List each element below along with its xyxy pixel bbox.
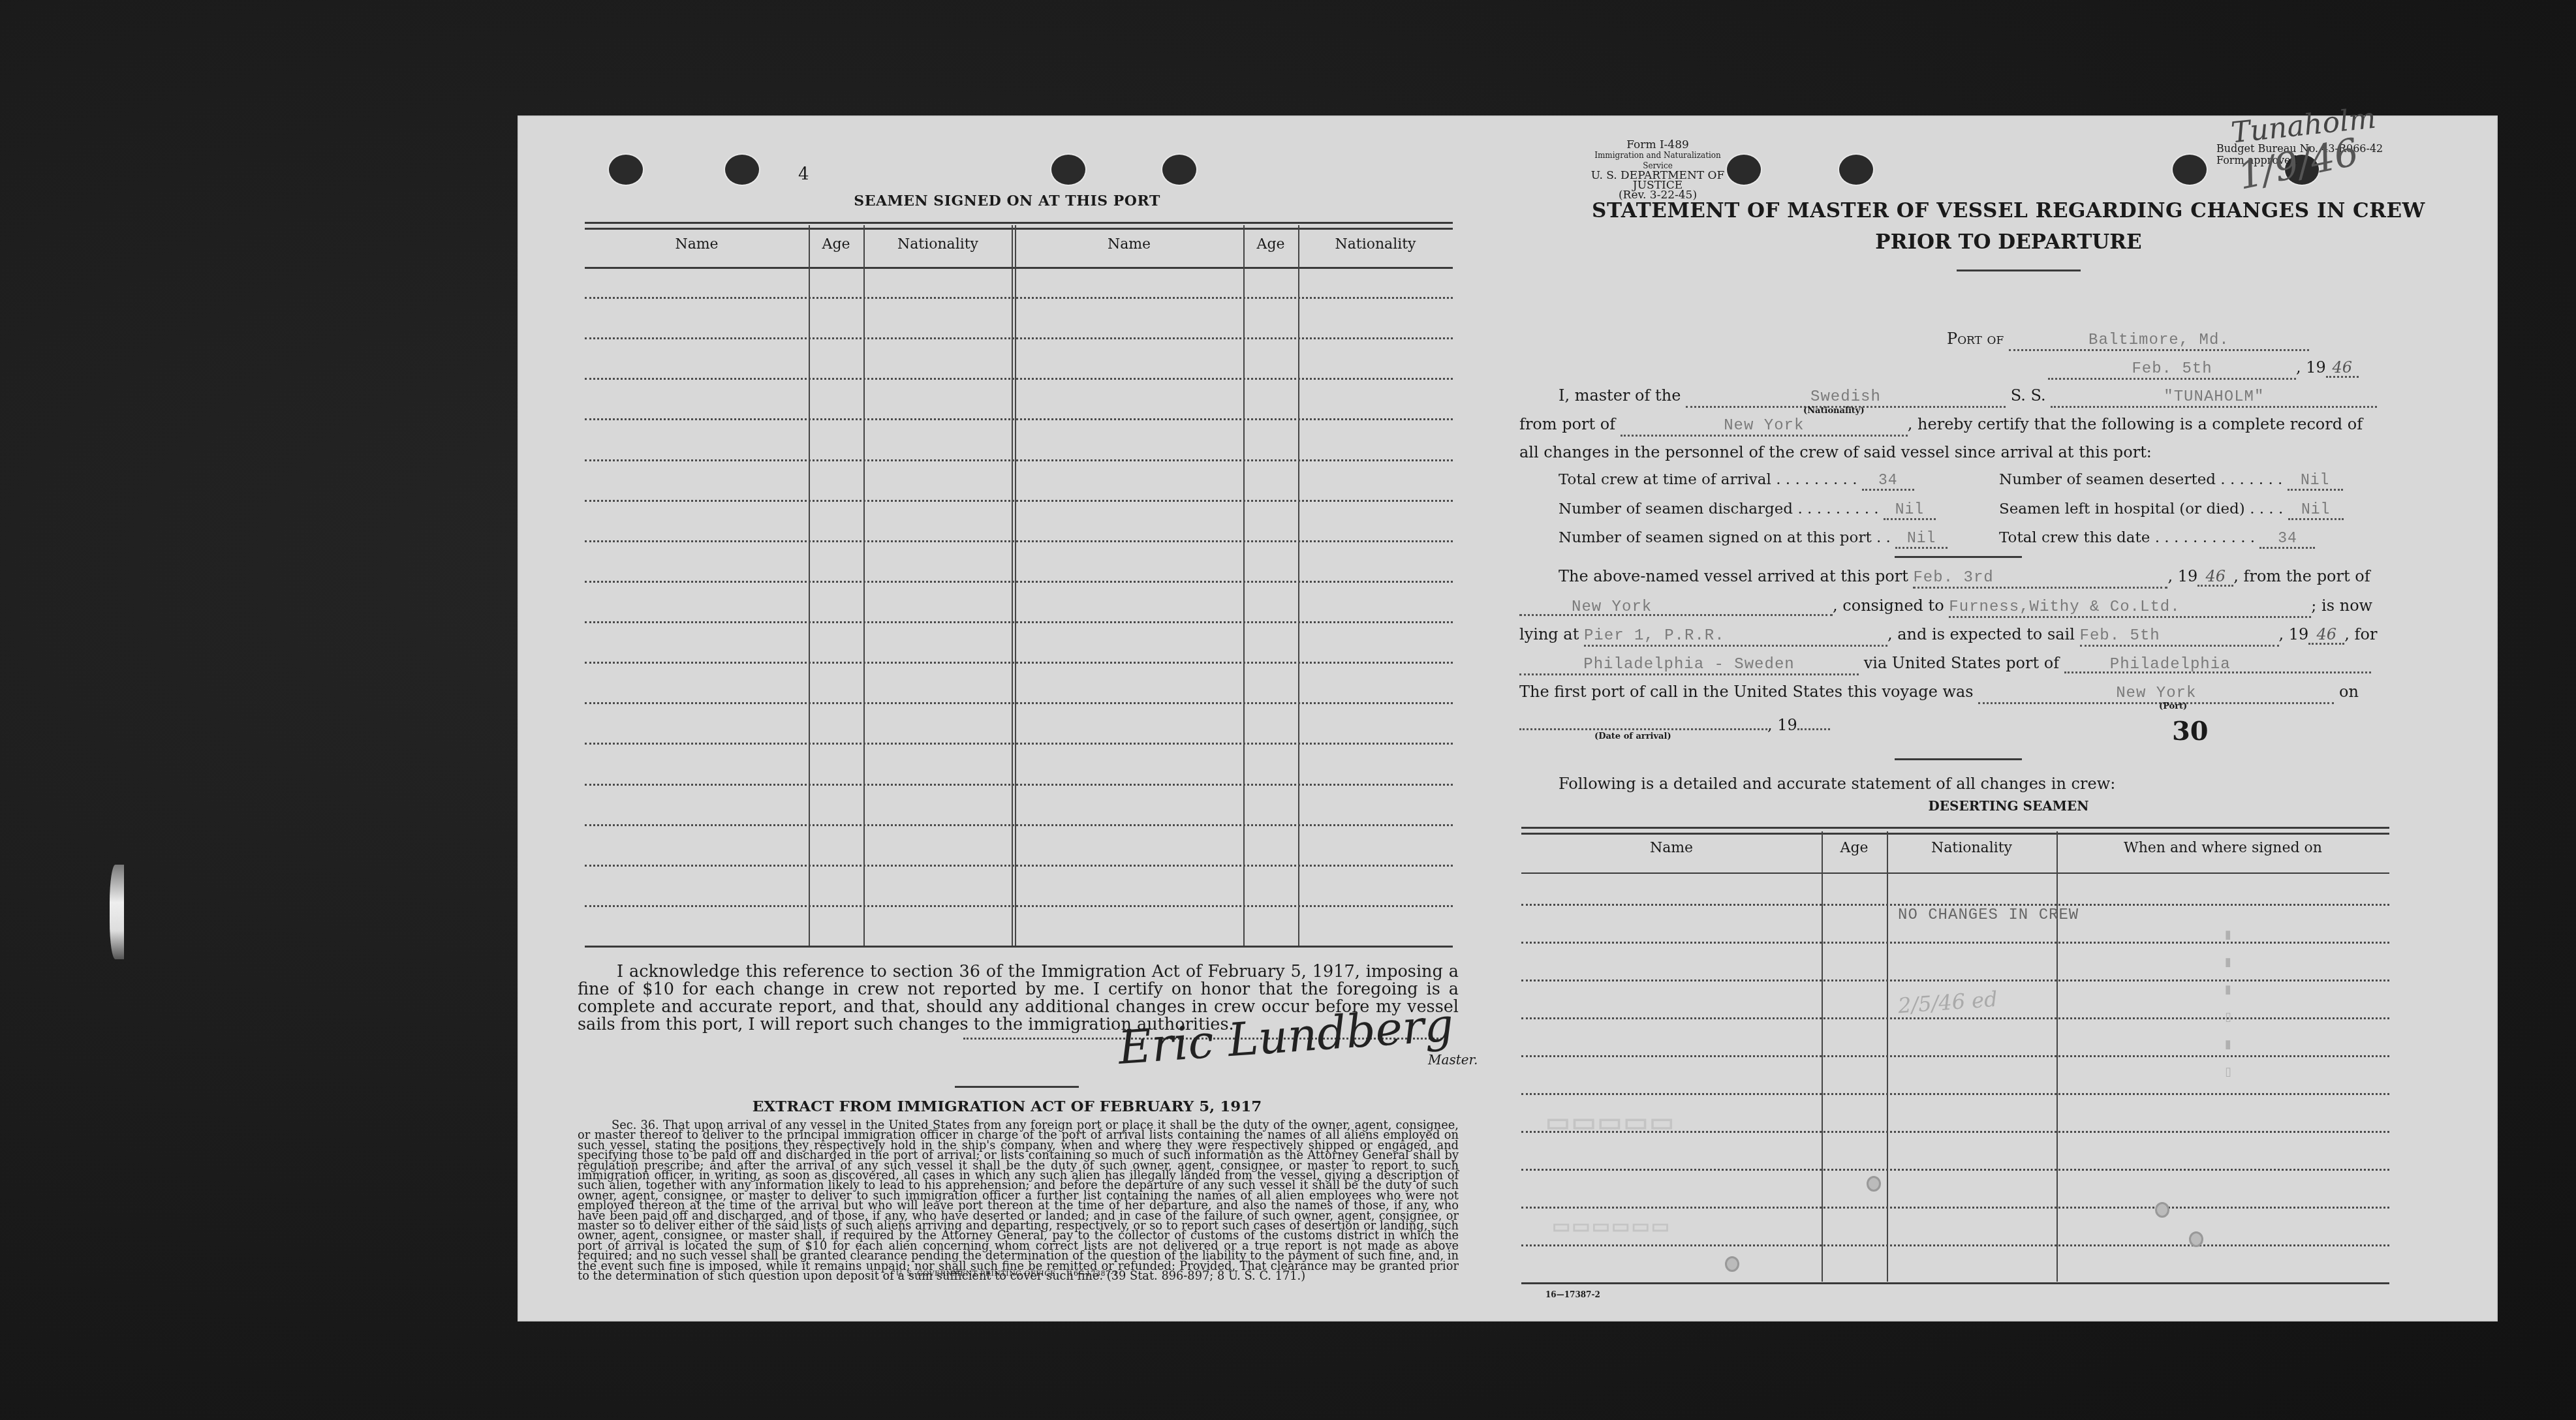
form-subtitle: PRIOR TO DEPARTURE xyxy=(1519,230,2498,254)
extract-text: Sec. 36. That upon arrival of any vessel… xyxy=(578,1120,1459,1282)
first-port-label: The first port of call in the United Sta… xyxy=(1519,683,1974,701)
document-sheet: 4 SEAMEN SIGNED ON AT THIS PORT Name Age… xyxy=(518,116,2498,1321)
from-port-label: from port of xyxy=(1519,415,1615,433)
certification-line-3: all changes in the personnel of the crew… xyxy=(1519,443,2152,461)
separator-rule xyxy=(1895,758,2022,760)
cert-prefix: I, master of the xyxy=(1559,386,1681,405)
column-header-name: Name xyxy=(1521,840,1822,856)
ss-label: S. S. xyxy=(2011,386,2046,405)
table-row xyxy=(1521,1055,2389,1057)
table-row xyxy=(1521,1244,2389,1246)
via-label: via United States port of xyxy=(1864,654,2059,672)
staple-mark xyxy=(1725,1256,1739,1272)
arrival-date-line: , 19 xyxy=(1519,711,1830,734)
printer-code: 16—17387-1 xyxy=(1069,1269,1119,1278)
year-prefix: , 19 xyxy=(1767,716,1797,734)
column-header-age: Age xyxy=(1243,236,1298,253)
sail-label: , and is expected to sail xyxy=(1887,625,2075,643)
date-caption: (Date of arrival) xyxy=(1594,732,1671,741)
date-field: Feb. 5th, 1946 xyxy=(2048,358,2359,380)
punch-hole xyxy=(1051,155,1085,185)
destination-line: Philadelphia - Sweden via United States … xyxy=(1519,654,2371,675)
table-row xyxy=(585,743,1453,745)
column-header-name: Name xyxy=(1015,236,1243,253)
scan-artifact xyxy=(110,865,124,959)
extract-title: EXTRACT FROM IMMIGRATION ACT OF FEBRUARY… xyxy=(518,1098,1497,1115)
stat-label: Number of seamen signed on at this port … xyxy=(1559,529,1891,546)
form-number: Form I-489 xyxy=(1579,140,1736,150)
stat-discharged: Number of seamen discharged . . . . . . … xyxy=(1559,501,1936,520)
from-port-label: , from the port of xyxy=(2233,567,2370,585)
column-divider xyxy=(1298,225,1299,946)
column-header-nationality: Nationality xyxy=(1298,236,1453,253)
table-row xyxy=(1521,1093,2389,1095)
arrived-date: Feb. 3rd xyxy=(1913,570,2167,589)
separator-rule xyxy=(1957,270,2081,271)
column-header-signed-on: When and where signed on xyxy=(2056,840,2389,856)
header-rule xyxy=(585,267,1453,269)
table-row xyxy=(1521,1017,2389,1019)
stat-value: Nil xyxy=(1895,530,1948,549)
staple-mark xyxy=(2155,1202,2169,1218)
signature-label: Master. xyxy=(1428,1052,1478,1068)
consignment-line: New York, consigned to Furness,Withy & C… xyxy=(1519,596,2372,618)
staple-mark xyxy=(2189,1231,2203,1247)
form-title: STATEMENT OF MASTER OF VESSEL REGARDING … xyxy=(1519,199,2498,223)
sail-year: 46 xyxy=(2308,626,2344,645)
column-divider xyxy=(809,225,810,946)
form-code: 16—17387-2 xyxy=(1545,1290,1600,1299)
punch-hole xyxy=(2173,155,2207,185)
table-row xyxy=(585,378,1453,380)
first-port-line: The first port of call in the United Sta… xyxy=(1519,683,2359,704)
consigned-label: , consigned to xyxy=(1833,596,1944,615)
column-divider xyxy=(1015,225,1016,946)
from-port-value: New York xyxy=(1621,418,1908,437)
header-rule xyxy=(1521,872,2389,874)
column-header-age: Age xyxy=(1822,840,1887,856)
form-identifier: Form I-489 Immigration and Naturalizatio… xyxy=(1579,140,1736,200)
table-row xyxy=(585,540,1453,542)
form-agency: Immigration and Naturalization Service xyxy=(1594,151,1721,170)
via-port: Philadelphia xyxy=(2064,656,2371,673)
table-row xyxy=(585,581,1453,583)
column-header-age: Age xyxy=(809,236,863,253)
lying-line: lying at Pier 1, P.R.R., and is expected… xyxy=(1519,625,2377,647)
port-value: Baltimore, Md. xyxy=(2009,332,2309,351)
section-title: SEAMEN SIGNED ON AT THIS PORT xyxy=(518,193,1497,209)
changes-intro: Following is a detailed and accurate sta… xyxy=(1559,775,2115,793)
first-arrival-date xyxy=(1519,711,1767,730)
stat-label: Seamen left in hospital (or died) . . . … xyxy=(1999,501,2283,517)
left-page: 4 SEAMEN SIGNED ON AT THIS PORT Name Age… xyxy=(518,116,1497,1321)
table-bottom-rule xyxy=(585,946,1453,948)
column-header-name: Name xyxy=(585,236,809,253)
vertical-receipt-stamp: ▮▮▮▯▮▯ xyxy=(2221,921,2235,1086)
stat-value: Nil xyxy=(2288,472,2343,491)
lying-at-label: lying at xyxy=(1519,625,1579,643)
table-row xyxy=(585,784,1453,786)
table-bottom-rule xyxy=(1521,1282,2389,1284)
arrived-label: The above-named vessel arrived at this p… xyxy=(1559,567,1908,585)
stat-hospital: Seamen left in hospital (or died) . . . … xyxy=(1999,501,2344,520)
first-arrival-year xyxy=(1797,711,1830,730)
table-row xyxy=(585,824,1453,826)
table-row xyxy=(585,337,1453,339)
stat-value: Nil xyxy=(2288,501,2344,520)
year-value: 46 xyxy=(2326,359,2359,378)
stat-value: Nil xyxy=(1884,501,1936,520)
table-row xyxy=(585,865,1453,867)
printer-imprint: U. S. GOVERNMENT PRINTING OFFICE 16—1738… xyxy=(518,1269,1497,1278)
stat-value: 34 xyxy=(1862,472,1914,491)
table-row xyxy=(1521,1207,2389,1209)
is-now-label: ; is now xyxy=(2311,596,2372,615)
year-prefix: , 19 xyxy=(2296,358,2326,377)
certification-line-1: I, master of the Swedish S. S. "TUNAHOLM… xyxy=(1559,386,2377,408)
table-row xyxy=(585,702,1453,704)
table-row xyxy=(585,905,1453,907)
column-divider xyxy=(1243,225,1245,946)
year-prefix: , 19 xyxy=(2279,625,2309,643)
column-header-nationality: Nationality xyxy=(863,236,1012,253)
table-row xyxy=(585,418,1453,420)
form-department: U. S. DEPARTMENT OF JUSTICE xyxy=(1579,171,1736,191)
deserting-seamen-title: DESERTING SEAMEN xyxy=(1519,798,2498,814)
column-header-nationality: Nationality xyxy=(1887,840,2056,856)
punch-hole xyxy=(1162,155,1196,185)
certification-line-2: from port of New York, hereby certify th… xyxy=(1519,415,2363,437)
consignee: Furness,Withy & Co.Ltd. xyxy=(1949,599,2311,618)
faded-stamp-impression: ▭▭▭▭▭ xyxy=(1545,1107,1675,1137)
separator-rule xyxy=(1895,556,2022,558)
stat-label: Total crew this date . . . . . . . . . .… xyxy=(1999,529,2255,546)
table-row xyxy=(1521,980,2389,981)
arrived-year: 46 xyxy=(2197,568,2233,587)
table-row xyxy=(585,621,1453,623)
sail-date: Feb. 5th xyxy=(2080,628,2279,647)
faded-stamp-impression: ▭▭▭▭▭▭ xyxy=(1552,1215,1671,1238)
table-top-rule xyxy=(1521,827,2389,835)
port-caption: (Port) xyxy=(2159,702,2187,711)
handwritten-note: 2/5/46 ed xyxy=(1897,987,1998,1019)
port-field: Port of Baltimore, Md. xyxy=(1947,330,2309,351)
table-row xyxy=(1521,942,2389,944)
stat-label: Total crew at time of arrival . . . . . … xyxy=(1559,471,1857,488)
lying-at-value: Pier 1, P.R.R. xyxy=(1584,628,1887,647)
table-row xyxy=(1521,904,2389,906)
right-page: Form I-489 Immigration and Naturalizatio… xyxy=(1519,116,2498,1321)
stat-label: Number of seamen deserted . . . . . . . xyxy=(1999,471,2282,488)
stat-signed-on: Number of seamen signed on at this port … xyxy=(1559,529,1948,549)
stamped-number: 30 xyxy=(2172,716,2209,747)
stat-value: 34 xyxy=(2259,530,2315,549)
cert-suffix: , hereby certify that the following is a… xyxy=(1908,415,2363,433)
table-row xyxy=(585,459,1453,461)
punch-hole xyxy=(1839,155,1873,185)
column-divider xyxy=(863,225,865,946)
port-label: Port of xyxy=(1947,330,2004,348)
nationality-value: Swedish xyxy=(1686,389,2006,408)
table-row xyxy=(585,662,1453,664)
table-top-rule xyxy=(585,222,1453,230)
date-value: Feb. 5th xyxy=(2048,361,2296,380)
punch-hole xyxy=(609,155,643,185)
table-row xyxy=(585,297,1453,299)
ship-name-value: "TUNAHOLM" xyxy=(2051,389,2377,408)
destination: Philadelphia - Sweden xyxy=(1519,656,1859,675)
table-row xyxy=(1521,1169,2389,1171)
stat-label: Number of seamen discharged . . . . . . … xyxy=(1559,501,1879,517)
page-number: 4 xyxy=(798,164,809,184)
printer-name: U. S. GOVERNMENT PRINTING OFFICE xyxy=(896,1269,1056,1278)
table-row xyxy=(585,500,1453,502)
first-port-value: New York xyxy=(1978,685,2334,704)
origin-port: New York xyxy=(1519,599,1833,616)
stat-total-crew-arrival: Total crew at time of arrival . . . . . … xyxy=(1559,471,1914,491)
stat-total-crew-date: Total crew this date . . . . . . . . . .… xyxy=(1999,529,2315,549)
punch-hole xyxy=(725,155,759,185)
on-label: on xyxy=(2339,683,2359,701)
for-label: , for xyxy=(2344,625,2377,643)
staple-mark xyxy=(1867,1176,1881,1192)
column-divider xyxy=(1012,225,1013,946)
no-changes-entry: NO CHANGES IN CREW xyxy=(1898,906,2079,924)
nationality-caption: (Nationality) xyxy=(1803,406,1865,416)
arrival-line: The above-named vessel arrived at this p… xyxy=(1559,567,2370,589)
year-prefix: , 19 xyxy=(2167,567,2197,585)
separator-rule xyxy=(955,1086,1079,1088)
stat-deserted: Number of seamen deserted . . . . . . . … xyxy=(1999,471,2343,491)
